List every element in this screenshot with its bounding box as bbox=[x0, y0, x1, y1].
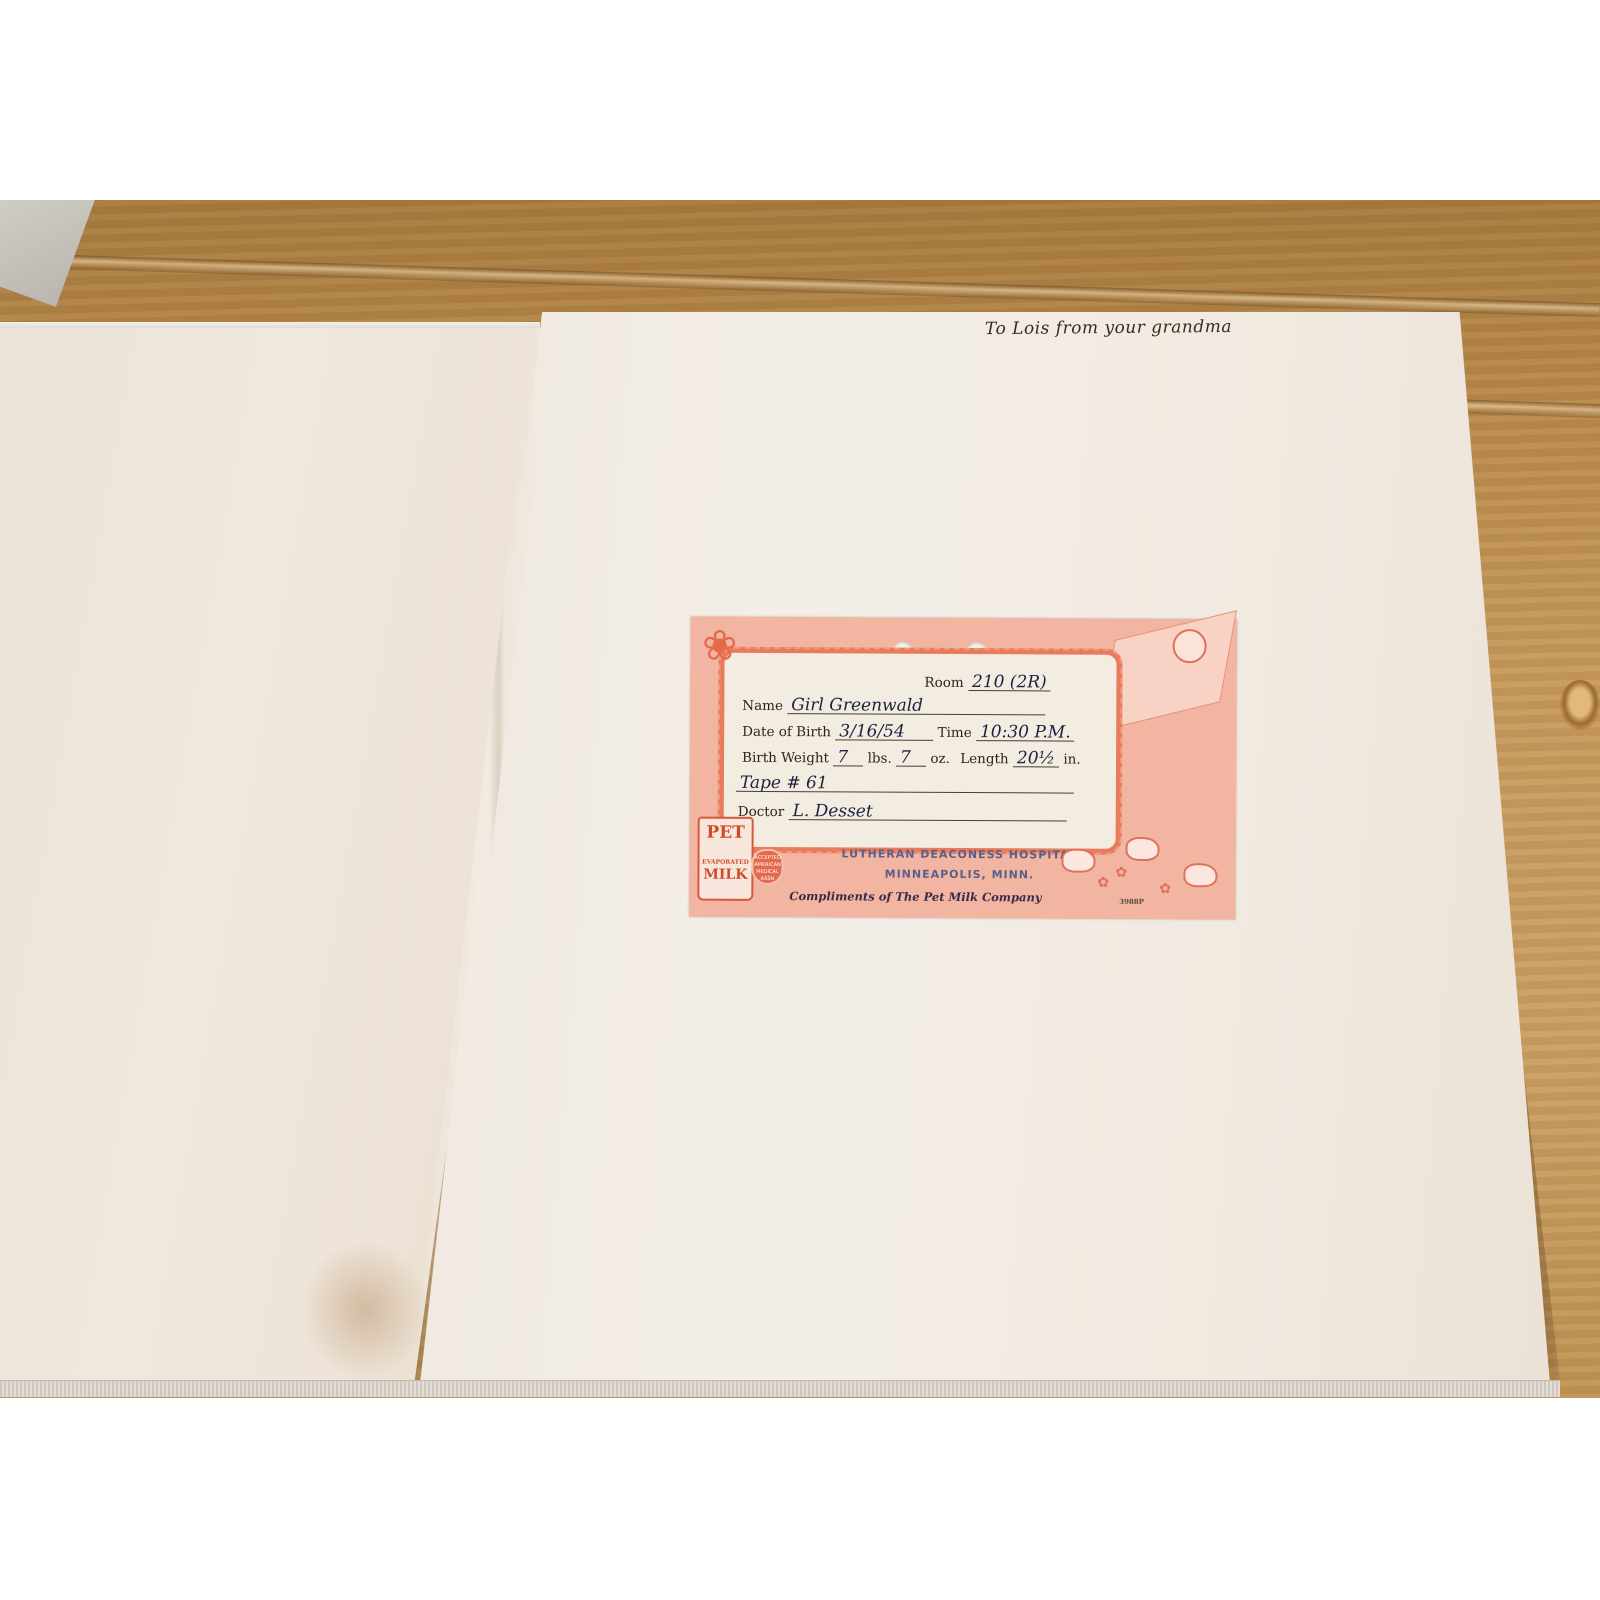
dob-value: 3/16/54 bbox=[835, 723, 933, 741]
flower-icon: ✿ bbox=[1097, 875, 1109, 891]
pet-milk-can-icon: PET EVAPORATED MILK bbox=[697, 817, 753, 901]
doctor-value: L. Desset bbox=[789, 803, 1067, 821]
length-value: 20½ bbox=[1013, 750, 1059, 767]
baby-head-icon bbox=[1173, 629, 1207, 663]
weight-field: Birth Weight 7 lbs. 7 oz. Length 20½ in. bbox=[742, 749, 1081, 768]
time-value: 10:30 P.M. bbox=[976, 724, 1075, 742]
room-field: Room 210 (2R) bbox=[924, 674, 1050, 692]
lbs-label: lbs. bbox=[868, 751, 892, 767]
table-plank-seam bbox=[0, 253, 1600, 317]
flower-icon: ✿ bbox=[1159, 881, 1171, 897]
weight-oz-value: 7 bbox=[896, 750, 926, 767]
extra-line-field: Tape # 61 bbox=[736, 775, 1074, 794]
hospital-birth-card: Room 210 (2R) Name Girl Greenwald Date o… bbox=[689, 617, 1237, 920]
extra-line-value: Tape # 61 bbox=[736, 775, 1074, 794]
room-value: 210 (2R) bbox=[968, 674, 1051, 691]
flower-icon: ✿ bbox=[1115, 865, 1127, 881]
room-label: Room bbox=[924, 675, 963, 691]
dob-label: Date of Birth bbox=[742, 724, 831, 740]
length-unit: in. bbox=[1063, 752, 1080, 768]
cloth-corner bbox=[0, 200, 97, 307]
name-label: Name bbox=[742, 698, 783, 714]
compliments-line: Compliments of The Pet Milk Company bbox=[789, 889, 1041, 904]
weight-lbs-value: 7 bbox=[833, 749, 863, 766]
can-brand: PET bbox=[700, 823, 752, 843]
handwritten-inscription: To Lois from your grandma bbox=[985, 317, 1232, 339]
lamb-icon bbox=[1061, 849, 1095, 873]
weight-label: Birth Weight bbox=[742, 750, 829, 766]
name-field: Name Girl Greenwald bbox=[742, 697, 1045, 716]
page-stain bbox=[300, 1240, 430, 1380]
ribbon-bow-icon: ❀ bbox=[695, 621, 745, 671]
book-bottom-edge bbox=[0, 1380, 1560, 1397]
oz-label: oz. bbox=[930, 751, 950, 767]
card-ribbon-frame: Room 210 (2R) Name Girl Greenwald Date o… bbox=[718, 647, 1123, 855]
name-value: Girl Greenwald bbox=[787, 697, 1045, 715]
form-code: 3988P bbox=[1119, 897, 1144, 906]
can-subtitle: EVAPORATED bbox=[699, 859, 751, 867]
doctor-field: Doctor L. Desset bbox=[738, 803, 1067, 822]
hospital-name: LUTHERAN DEACONESS HOSPITAL bbox=[760, 847, 1160, 862]
can-product: MILK bbox=[699, 867, 751, 883]
lamb-icon bbox=[1126, 837, 1160, 861]
lamb-icon bbox=[1183, 863, 1217, 887]
length-label: Length bbox=[960, 751, 1009, 767]
time-label: Time bbox=[938, 725, 972, 741]
dob-field: Date of Birth 3/16/54 Time 10:30 P.M. bbox=[742, 723, 1075, 742]
wood-knot bbox=[1560, 680, 1600, 730]
